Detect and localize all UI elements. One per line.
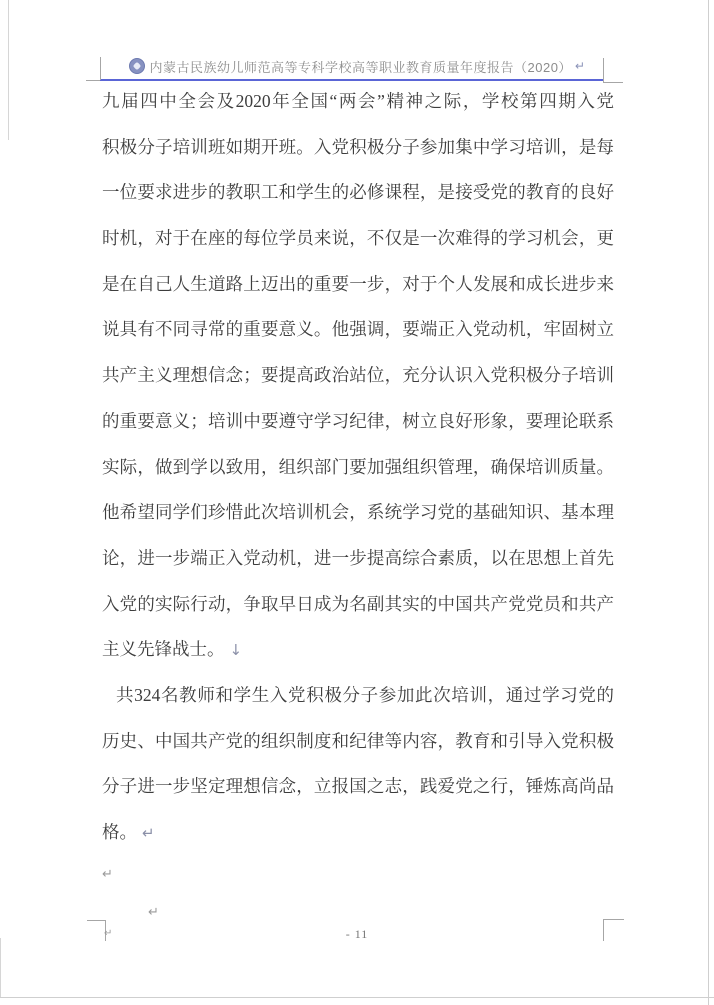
page-footer: - 11	[100, 927, 614, 945]
crop-mark-top-left	[86, 80, 100, 81]
text-line: 时机，对于在座的每位学员来说，不仅是一次难得的学习机会，更	[102, 216, 614, 262]
paragraph-mark-icon: ↵	[142, 824, 155, 842]
paragraph-text: 格。	[102, 822, 137, 842]
line-break-mark-icon: ↓	[230, 641, 243, 659]
text-line: 说具有不同寻常的重要意义。他强调，要端正入党动机，牢固树立	[102, 307, 614, 353]
text-line: 实际，做到学以致用，组织部门要加强组织管理，确保培训质量。	[102, 445, 614, 491]
school-logo-icon	[129, 58, 145, 74]
paragraph-mark-icon: ↵	[102, 867, 113, 882]
text-line: 历史、中国共产党的组织制度和纪律等内容，教育和引导入党积极	[102, 719, 614, 765]
paragraph-mark-icon: ↵	[148, 905, 159, 920]
page-edge-bottom	[0, 997, 714, 998]
school-logo-emblem	[132, 62, 140, 70]
page-edge-left-bottom	[0, 938, 1, 997]
empty-paragraph: ↵	[102, 856, 614, 894]
text-line: 主义先锋战士。↓	[102, 627, 614, 673]
text-line: 论，进一步端正入党动机，进一步提高综合素质，以在思想上首先	[102, 536, 614, 582]
page-edge-right	[708, 0, 709, 1005]
page-edge-left-top	[8, 0, 9, 140]
text-line: 是在自己人生道路上迈出的重要一步，对于个人发展和成长进步来	[102, 262, 614, 308]
paragraph-2: 共324名教师和学生入党积极分子参加此次培训，通过学习党的 历史、中国共产党的组…	[102, 673, 614, 856]
text-line: 他希望同学们珍惜此次培训机会，系统学习党的基础知识、基本理	[102, 490, 614, 536]
text-line: 共324名教师和学生入党积极分子参加此次培训，通过学习党的	[102, 673, 614, 719]
crop-mark-top-left	[100, 57, 101, 80]
text-line: 入党的实际行动，争取早日成为名副其实的中国共产党党员和共产	[102, 582, 614, 628]
text-line: 格。↵	[102, 810, 614, 856]
text-line: 九届四中全会及2020年全国“两会”精神之际，学校第四期入党	[102, 79, 614, 125]
empty-paragraph: ↵	[102, 894, 614, 932]
text-line: 积极分子培训班如期开班。入党积极分子参加集中学习培训，是每	[102, 125, 614, 171]
page-header: 内蒙古民族幼儿师范高等专科学校高等职业教育质量年度报告（2020） ↵	[100, 52, 614, 80]
text-line: 一位要求进步的教职工和学生的必修课程，是接受党的教育的良好	[102, 170, 614, 216]
document-body: 九届四中全会及2020年全国“两会”精神之际，学校第四期入党积极分子培训班如期开…	[102, 79, 614, 932]
page-number: - 11	[346, 927, 369, 941]
paragraph-text: 主义先锋战士。	[102, 639, 225, 659]
document-page: { "header": { "icon": "school-logo-icon"…	[0, 0, 714, 1005]
paragraph-mark-icon: ↵	[575, 59, 586, 73]
text-line: 共产主义理想信念；要提高政治站位，充分认识入党积极分子培训	[102, 353, 614, 399]
paragraph-1: 九届四中全会及2020年全国“两会”精神之际，学校第四期入党积极分子培训班如期开…	[102, 79, 614, 673]
text-line: 的重要意义；培训中要遵守学习纪律，树立良好形象，要理论联系	[102, 399, 614, 445]
text-line: 分子进一步坚定理想信念，立报国之志，践爱党之行，锤炼高尚品	[102, 764, 614, 810]
header-title: 内蒙古民族幼儿师范高等专科学校高等职业教育质量年度报告（2020）	[150, 57, 572, 76]
